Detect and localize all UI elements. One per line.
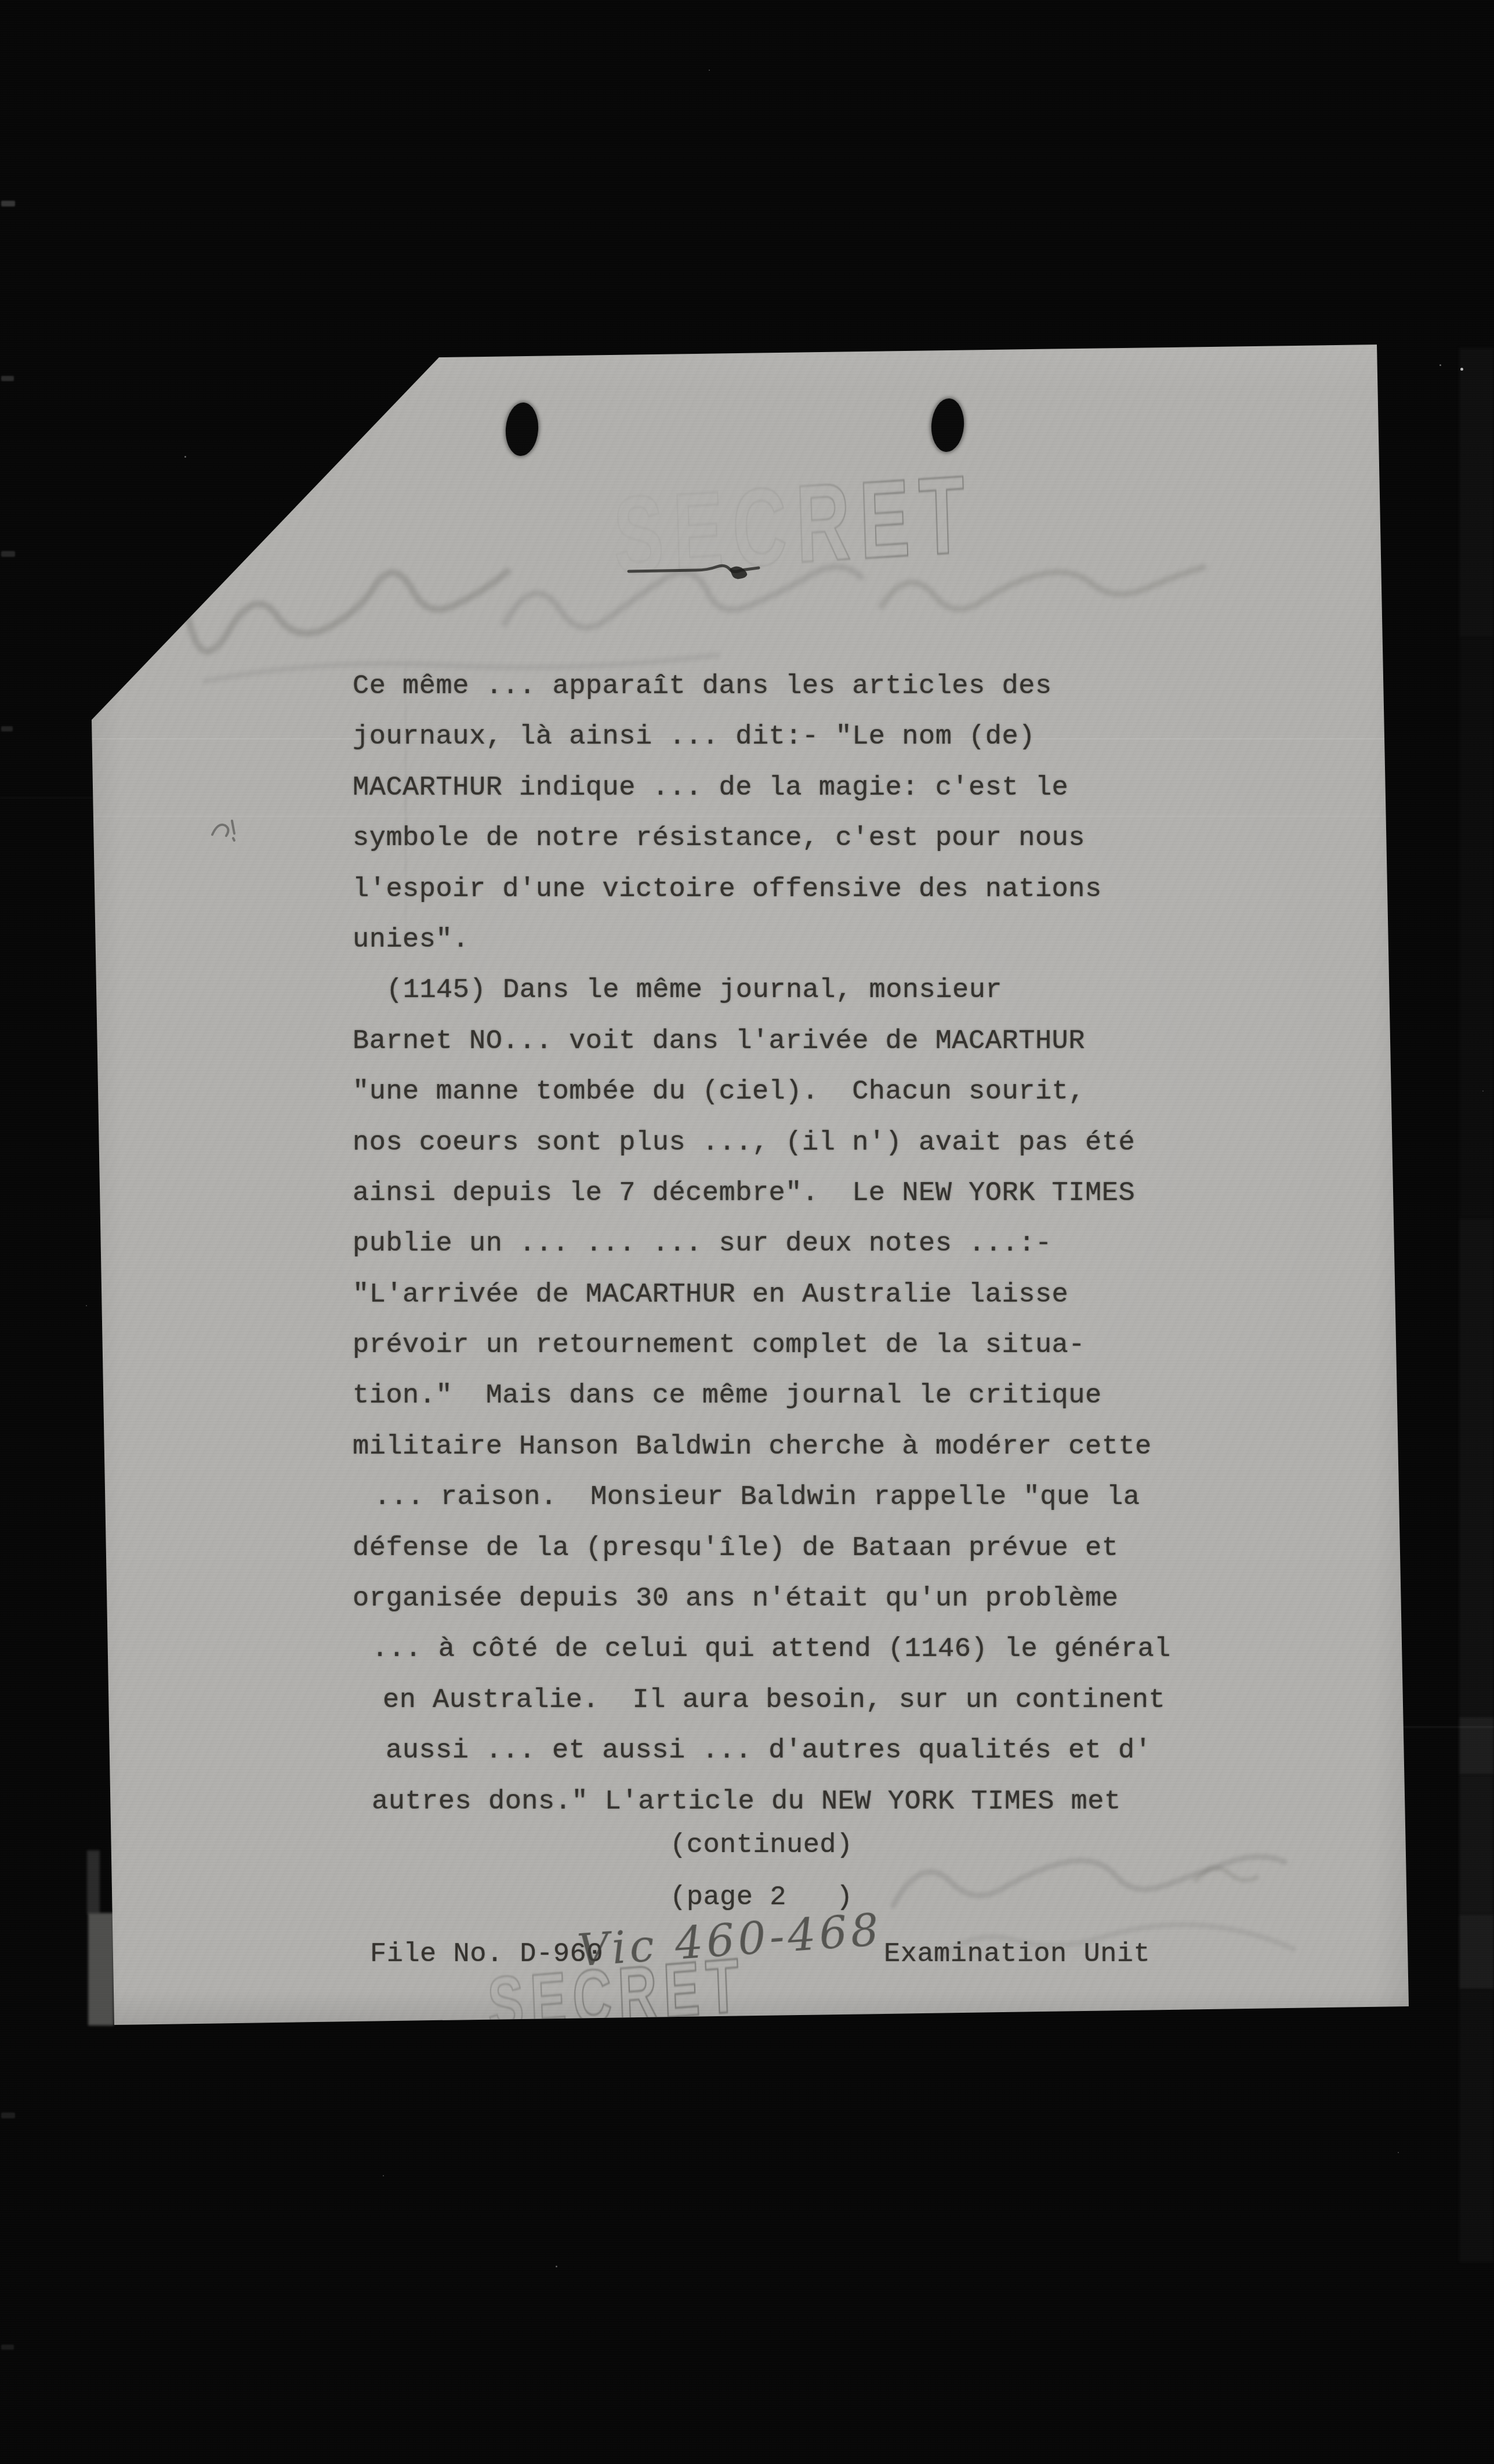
film-edge-mark [1, 2345, 14, 2350]
typewritten-line: ... raison. Monsieur Baldwin rappelle "q… [353, 1472, 1223, 1523]
typewritten-line: journaux, là ainsi ... dit:- "Le nom (de… [353, 712, 1223, 762]
film-exposure-band [1459, 348, 1494, 638]
dust-speck [556, 2266, 557, 2267]
microfilm-scan: SECRET Ce même ... apparaît dans les art… [0, 0, 1494, 2464]
typewritten-line: nos coeurs sont plus ..., (il n') avait … [353, 1118, 1223, 1168]
dust-speck [383, 2175, 384, 2176]
typewritten-line: (1145) Dans le même journal, monsieur [353, 965, 1223, 1016]
typewritten-line: défense de la (presqu'île) de Bataan pré… [353, 1523, 1223, 1574]
film-edge-mark [1, 551, 15, 557]
typewritten-line: aussi ... et aussi ... d'autres qualités… [353, 1726, 1223, 1776]
typewritten-line: "une manne tombée du (ciel). Chacun sour… [353, 1067, 1223, 1117]
pencil-tick-mark [626, 561, 783, 584]
film-edge-mark [1, 376, 14, 381]
typewritten-line: MACARTHUR indique ... de la magie: c'est… [353, 763, 1223, 813]
typewritten-line: en Australie. Il aura besoin, sur un con… [353, 1675, 1223, 1726]
typewritten-line: l'espoir d'une victoire offensive des na… [353, 864, 1223, 915]
punch-hole-right [930, 397, 966, 453]
film-edge-mark [1, 201, 15, 206]
dust-speck [86, 1305, 87, 1306]
scan-streak [0, 797, 93, 799]
typewritten-line: organisée depuis 30 ans n'était qu'un pr… [353, 1574, 1223, 1624]
typewritten-line: ... à côté de celui qui attend (1146) le… [353, 1624, 1223, 1675]
typewritten-line: unies". [353, 915, 1223, 965]
film-exposure-band [1459, 638, 1494, 1218]
typewritten-line: symbole de notre résistance, c'est pour … [353, 813, 1223, 864]
film-exposure-band [1459, 1914, 1494, 1990]
typewritten-line: prévoir un retournement complet de la si… [353, 1320, 1223, 1371]
document-page: SECRET Ce même ... apparaît dans les art… [87, 339, 1415, 2030]
examination-unit-label: Examination Unit [884, 1939, 1150, 1970]
film-exposure-band [1459, 1775, 1494, 1914]
typewritten-line: tion." Mais dans ce même journal le crit… [353, 1371, 1223, 1421]
dust-speck [1482, 1090, 1484, 1092]
film-edge-mark [1, 2112, 15, 2118]
page-edge-shadow [88, 1913, 114, 2025]
margin-annotation-mark [208, 817, 242, 843]
file-number-label: File No. D-960 [370, 1939, 603, 1970]
film-exposure-band [1459, 1990, 1494, 2262]
page-edge-shadow [87, 1850, 100, 1914]
film-exposure-band [1459, 1218, 1494, 1717]
dust-speck [709, 70, 710, 71]
continued-line: (continued) [670, 1830, 853, 1861]
dust-speck [1398, 2152, 1399, 2153]
punch-hole-left [504, 401, 540, 457]
typewritten-line: "L'arrivée de MACARTHUR en Australie lai… [353, 1270, 1223, 1320]
dust-speck [1460, 368, 1463, 371]
secret-stamp-top: SECRET [612, 451, 976, 600]
typewritten-line: ainsi depuis le 7 décembre". Le NEW YORK… [353, 1168, 1223, 1219]
film-exposure-band [1459, 1717, 1494, 1775]
typewritten-body: Ce même ... apparaît dans les articles d… [353, 661, 1223, 1827]
typewritten-line: militaire Hanson Baldwin cherche à modér… [353, 1422, 1223, 1472]
dust-speck [1439, 364, 1441, 366]
dust-speck [184, 456, 186, 458]
film-edge-mark [1, 726, 13, 731]
typewritten-line: Ce même ... apparaît dans les articles d… [353, 661, 1223, 712]
typewritten-line: publie un ... ... ... sur deux notes ...… [353, 1219, 1223, 1269]
typewritten-line: Barnet NO... voit dans l'arivée de MACAR… [353, 1016, 1223, 1067]
